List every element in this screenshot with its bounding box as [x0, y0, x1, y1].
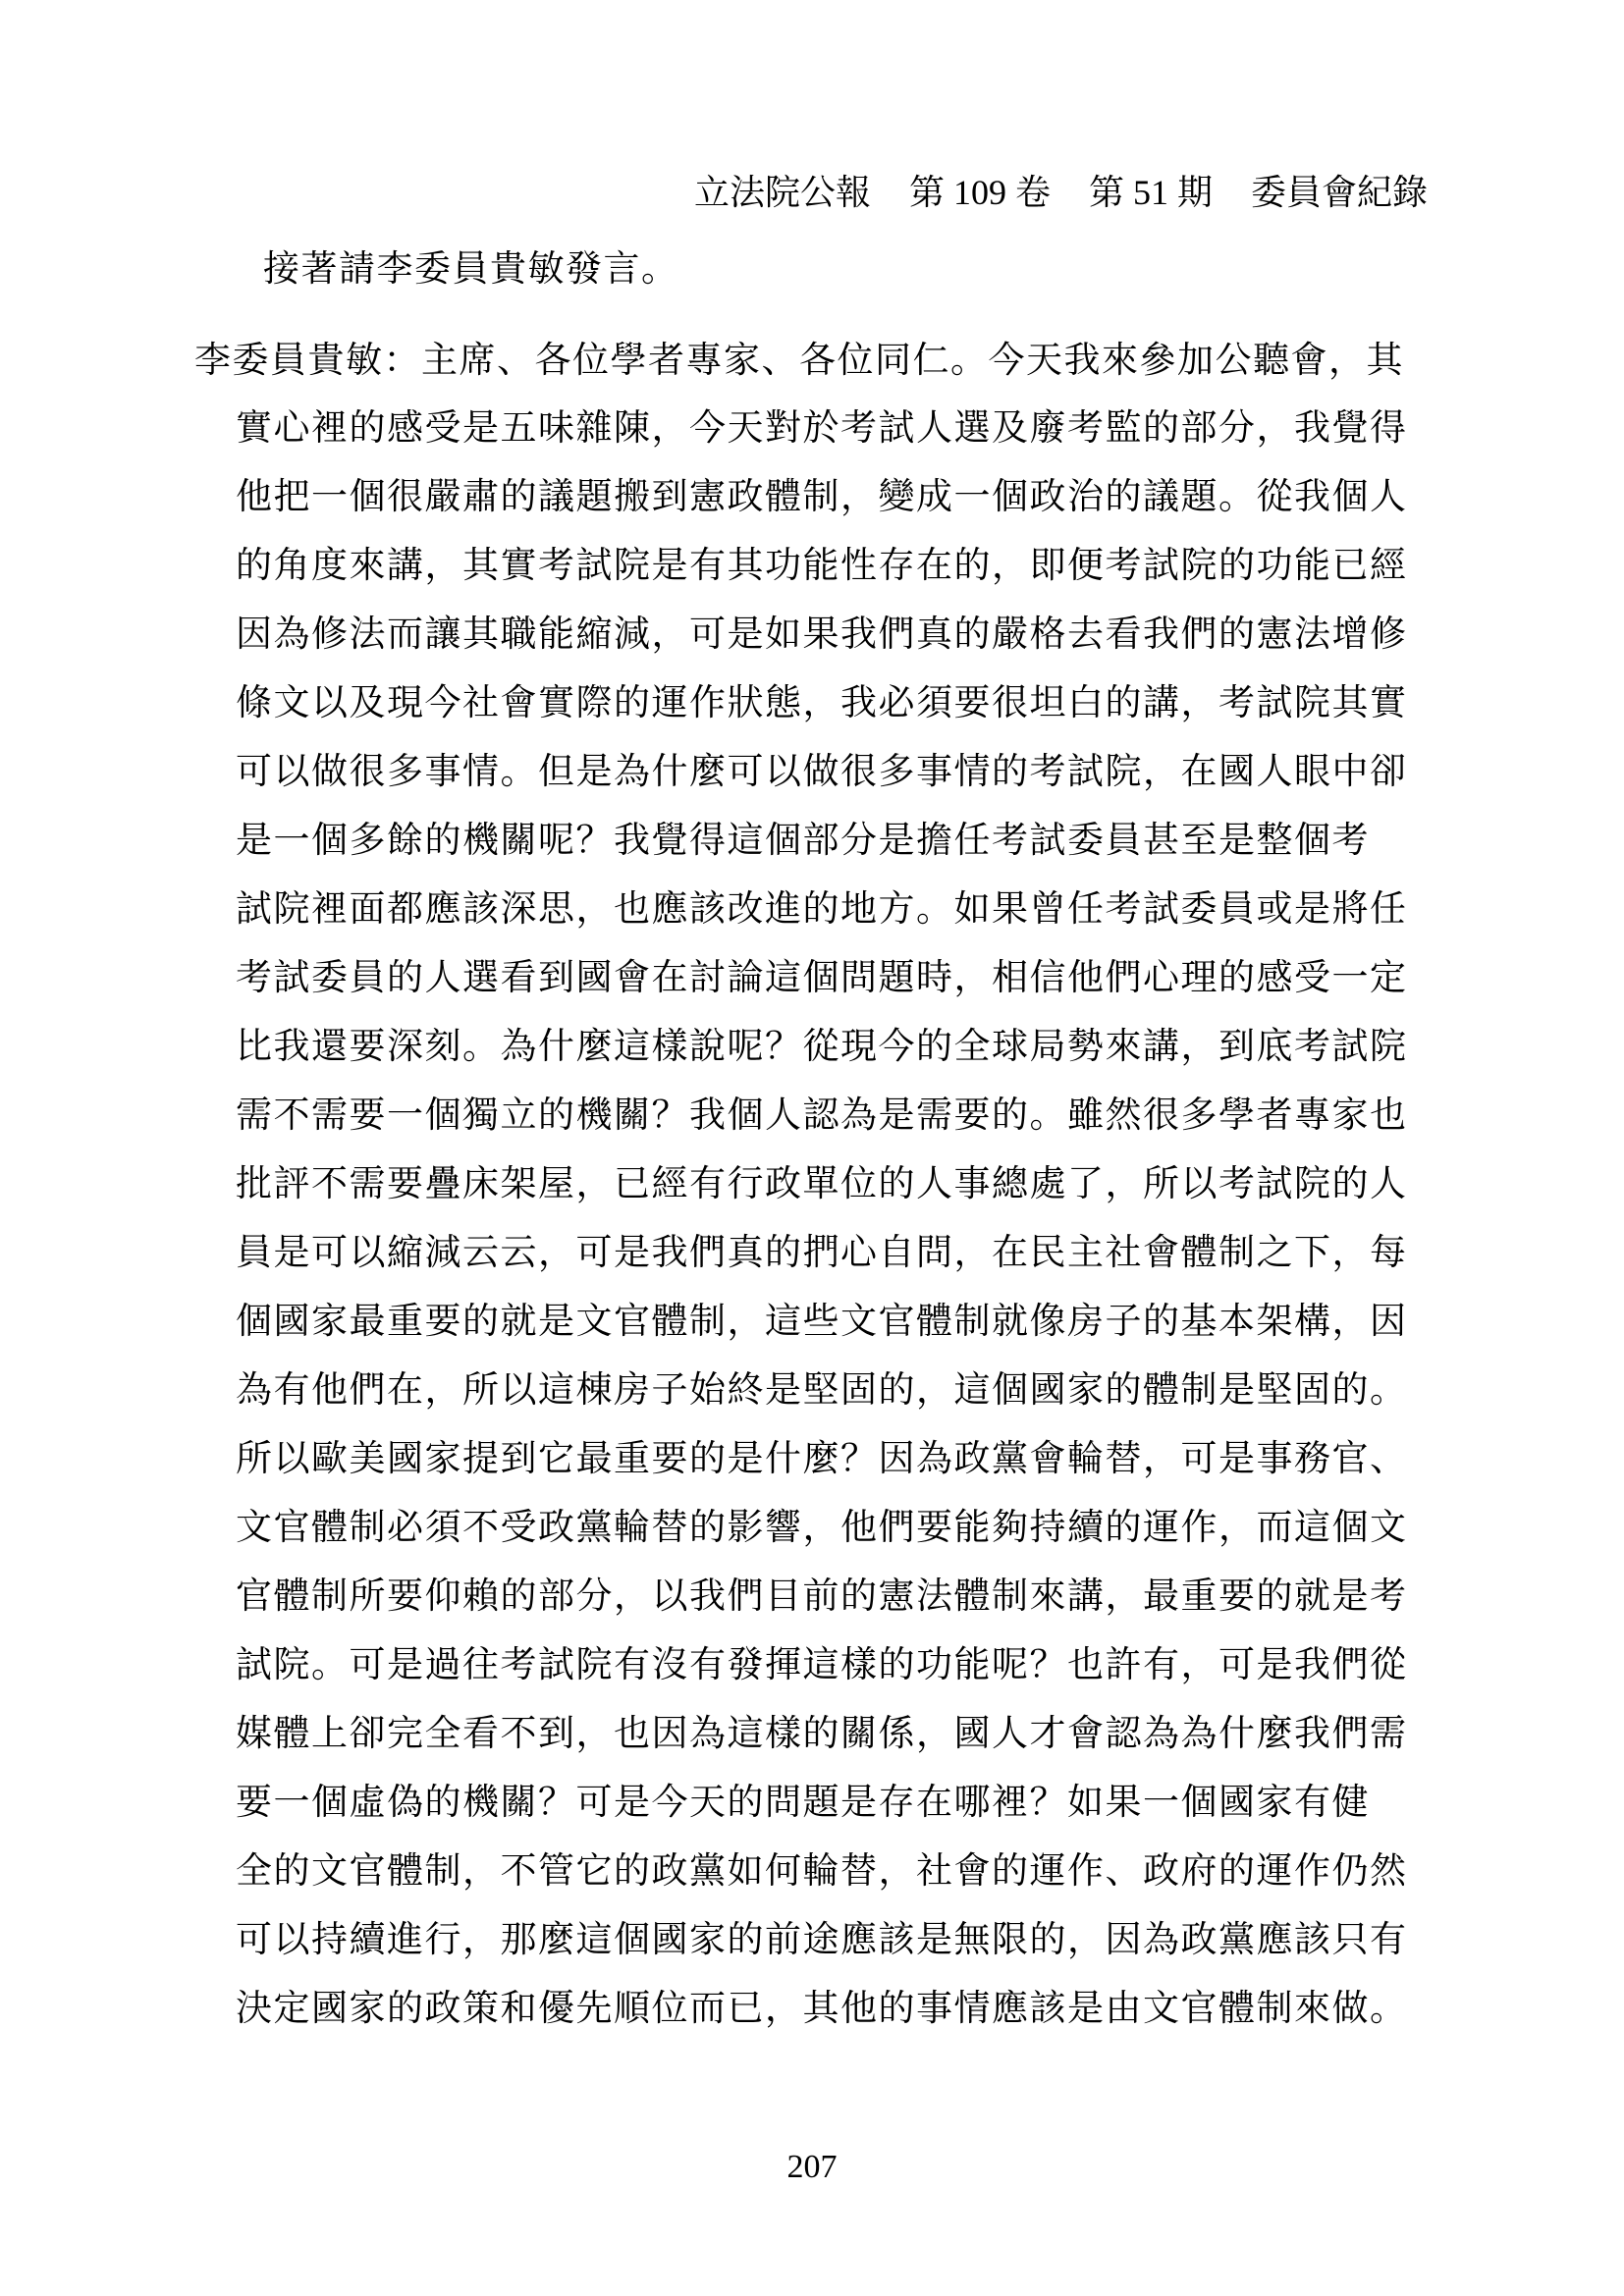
- volume-number: 第 109 卷: [909, 173, 1051, 212]
- speaker-line: 為有他們在，所以這棟房子始終是堅固的，這個國家的體制是堅固的。: [236, 1366, 1408, 1414]
- speaker-line: 試院。可是過往考試院有沒有發揮這樣的功能呢？也許有，可是我們從: [236, 1641, 1408, 1688]
- speaker-line: 因為修法而讓其職能縮減，可是如果我們真的嚴格去看我們的憲法增修: [236, 611, 1408, 658]
- speaker-line: 試院裡面都應該深思，也應該改進的地方。如果曾任考試委員或是將任: [236, 885, 1408, 933]
- speaker-line: 個國家最重要的就是文官體制，這些文官體制就像房子的基本架構，因: [236, 1298, 1408, 1345]
- publication-title: 立法院公報: [694, 173, 871, 212]
- speaker-line: 可以持續進行，那麼這個國家的前途應該是無限的，因為政黨應該只有: [236, 1916, 1408, 1963]
- page-number: 207: [0, 2146, 1624, 2189]
- speaker-line: 要一個虛偽的機關？可是今天的問題是存在哪裡？如果一個國家有健: [236, 1779, 1370, 1826]
- section-title: 委員會紀錄: [1251, 173, 1428, 212]
- speaker-line: 媒體上卻完全看不到，也因為這樣的關係，國人才會認為為什麼我們需: [236, 1710, 1408, 1757]
- speaker-line: 是一個多餘的機關呢？我覺得這個部分是擔任考試委員甚至是整個考: [236, 817, 1370, 864]
- speaker-line: 考試委員的人選看到國會在討論這個問題時，相信他們心理的感受一定: [236, 954, 1408, 1001]
- speaker-line-first: 李委員貴敏：主席、各位學者專家、各位同仁。今天我來參加公聽會，其: [194, 337, 1404, 384]
- speaker-line: 全的文官體制，不管它的政黨如何輪替，社會的運作、政府的運作仍然: [236, 1847, 1408, 1895]
- chair-intro-line: 接著請李委員貴敏發言。: [263, 245, 679, 293]
- speaker-line: 可以做很多事情。但是為什麼可以做很多事情的考試院，在國人眼中卻: [236, 748, 1408, 795]
- speaker-line: 批評不需要疊床架屋，已經有行政單位的人事總處了，所以考試院的人: [236, 1160, 1408, 1207]
- issue-number: 第 51 期: [1089, 173, 1213, 212]
- speaker-line: 所以歐美國家提到它最重要的是什麼？因為政黨會輪替，可是事務官、: [236, 1435, 1408, 1482]
- speaker-line: 需不需要一個獨立的機關？我個人認為是需要的。雖然很多學者專家也: [236, 1092, 1408, 1139]
- speaker-line: 條文以及現今社會實際的運作狀態，我必須要很坦白的講，考試院其實: [236, 679, 1408, 726]
- page-header: 立法院公報 第 109 卷 第 51 期 委員會紀錄: [694, 169, 1428, 216]
- speaker-line: 的角度來講，其實考試院是有其功能性存在的，即便考試院的功能已經: [236, 542, 1408, 589]
- speaker-line: 決定國家的政策和優先順位而已，其他的事情應該是由文官體制來做。: [236, 1985, 1408, 2032]
- speaker-line: 員是可以縮減云云，可是我們真的捫心自問，在民主社會體制之下，每: [236, 1229, 1408, 1276]
- speaker-line: 他把一個很嚴肅的議題搬到憲政體制，變成一個政治的議題。從我個人: [236, 473, 1408, 520]
- speaker-line: 比我還要深刻。為什麼這樣說呢？從現今的全球局勢來講，到底考試院: [236, 1023, 1408, 1070]
- speaker-line: 官體制所要仰賴的部分，以我們目前的憲法體制來講，最重要的就是考: [236, 1573, 1408, 1620]
- speaker-line: 文官體制必須不受政黨輪替的影響，他們要能夠持續的運作，而這個文: [236, 1504, 1408, 1551]
- speaker-line: 實心裡的感受是五味雜陳，今天對於考試人選及廢考監的部分，我覺得: [236, 404, 1408, 452]
